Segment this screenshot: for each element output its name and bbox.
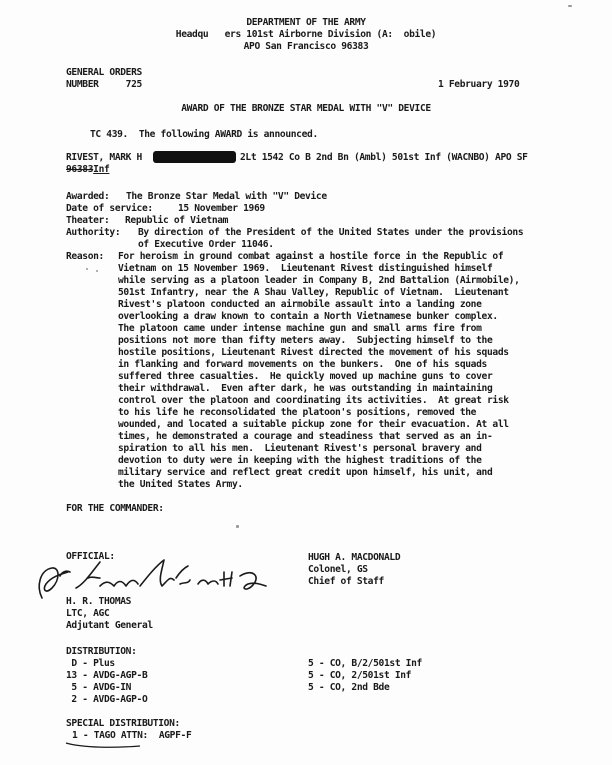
- reason-line: military service and reflect great credi…: [118, 467, 492, 479]
- theater-value: Republic of Vietnam: [125, 215, 228, 227]
- reason-line: devotion to duty were in keeping with th…: [118, 455, 482, 467]
- reason-line: wounded, and located a suitable pickup z…: [118, 419, 509, 431]
- reason-line: times, he demonstrated a courage and ste…: [118, 431, 492, 443]
- recipient-apo-line: 96383Inf: [66, 164, 109, 176]
- award-title: AWARD OF THE BRONZE STAR MEDAL WITH "V" …: [0, 103, 612, 115]
- theater-label: Theater:: [66, 215, 109, 227]
- awarded-value: The Bronze Star Medal with "V" Device: [126, 191, 327, 203]
- reason-line: spiration to all his men. Lieutenant Riv…: [118, 443, 482, 455]
- recipient-details: 2Lt 1542 Co B 2nd Bn (Ambl) 501st Inf (W…: [240, 152, 528, 164]
- scan-speck: [236, 525, 239, 528]
- general-orders-label: GENERAL ORDERS: [66, 67, 142, 79]
- announcement: TC 439. The following AWARD is announced…: [90, 129, 318, 141]
- reason-line: 501st Infantry, near the A Shau Valley, …: [118, 287, 509, 299]
- struck-suffix: Inf: [93, 164, 109, 175]
- reason-line: The platoon came under intense machine g…: [118, 323, 482, 335]
- authority-label: Authority:: [66, 227, 120, 239]
- distribution-item: 5 - CO, 2nd Bde: [308, 682, 389, 694]
- reason-line: For heroism in ground combat against a h…: [118, 251, 503, 263]
- distribution-label: DISTRIBUTION:: [66, 646, 137, 658]
- reason-line: in flanking and forward movements on the…: [118, 359, 487, 371]
- reason-line: their withdrawal. Even after dark, he wa…: [118, 383, 492, 395]
- reason-line: Rivest's platoon conducted an airmobile …: [118, 299, 482, 311]
- reason-line: to his life he reconsolidated the platoo…: [118, 407, 476, 419]
- apo-address: APO San Francisco 96383: [0, 41, 612, 53]
- official-title: Adjutant General: [66, 620, 153, 632]
- reason-line: suffered three casualties. He quickly mo…: [118, 371, 492, 383]
- scan-speck: [568, 5, 572, 7]
- special-distribution-label: SPECIAL DISTRIBUTION:: [66, 718, 180, 730]
- reason-line: overlooking a draw known to contain a No…: [118, 311, 498, 323]
- department-heading: DEPARTMENT OF THE ARMY: [0, 17, 612, 29]
- authority-line-1: By direction of the President of the Uni…: [138, 227, 523, 239]
- distribution-item: 5 - AVDG-IN: [66, 682, 131, 694]
- authority-line-2: of Executive Order 11046.: [138, 239, 274, 251]
- official-name: H. R. THOMAS: [66, 596, 131, 608]
- scan-speck: [86, 268, 88, 270]
- reason-line: control over the platoon and coordinatin…: [118, 395, 509, 407]
- reason-line: while serving as a platoon leader in Com…: [118, 275, 520, 287]
- commander-rank: Colonel, GS: [308, 564, 368, 576]
- reason-line: hostile positions, Lieutenant Rivest dir…: [118, 347, 509, 359]
- struck-zip: 96383: [66, 164, 93, 175]
- recipient-name: RIVEST, MARK H: [66, 152, 142, 164]
- distribution-item: 5 - CO, B/2/501st Inf: [308, 658, 422, 670]
- distribution-item: 2 - AVDG-AGP-O: [66, 694, 147, 706]
- scan-speck: [96, 270, 98, 272]
- commander-name: HUGH A. MACDONALD: [308, 552, 400, 564]
- reason-line: Vietnam on 15 November 1969. Lieutenant …: [118, 263, 492, 275]
- distribution-item: 5 - CO, 2/501st Inf: [308, 670, 411, 682]
- distribution-item: 13 - AVDG-AGP-B: [66, 670, 147, 682]
- commander-title: Chief of Staff: [308, 576, 384, 588]
- reason-line: the United States Army.: [118, 479, 243, 491]
- date-of-service-label: Date of service:: [66, 203, 153, 215]
- awarded-label: Awarded:: [66, 191, 109, 203]
- hand-underline: [64, 740, 144, 750]
- headquarters-heading: Headqu ers 101st Airborne Division (A: o…: [0, 29, 612, 41]
- order-date: 1 February 1970: [438, 79, 519, 91]
- date-of-service-value: 15 November 1969: [178, 203, 265, 215]
- order-number: NUMBER 725: [66, 79, 142, 91]
- reason-line: positions not more than fifty meters awa…: [118, 335, 492, 347]
- distribution-item: D - Plus: [66, 658, 115, 670]
- redaction-block: [153, 151, 236, 163]
- reason-label: Reason:: [66, 251, 104, 263]
- for-the-commander: FOR THE COMMANDER:: [66, 503, 164, 515]
- official-rank: LTC, AGC: [66, 608, 109, 620]
